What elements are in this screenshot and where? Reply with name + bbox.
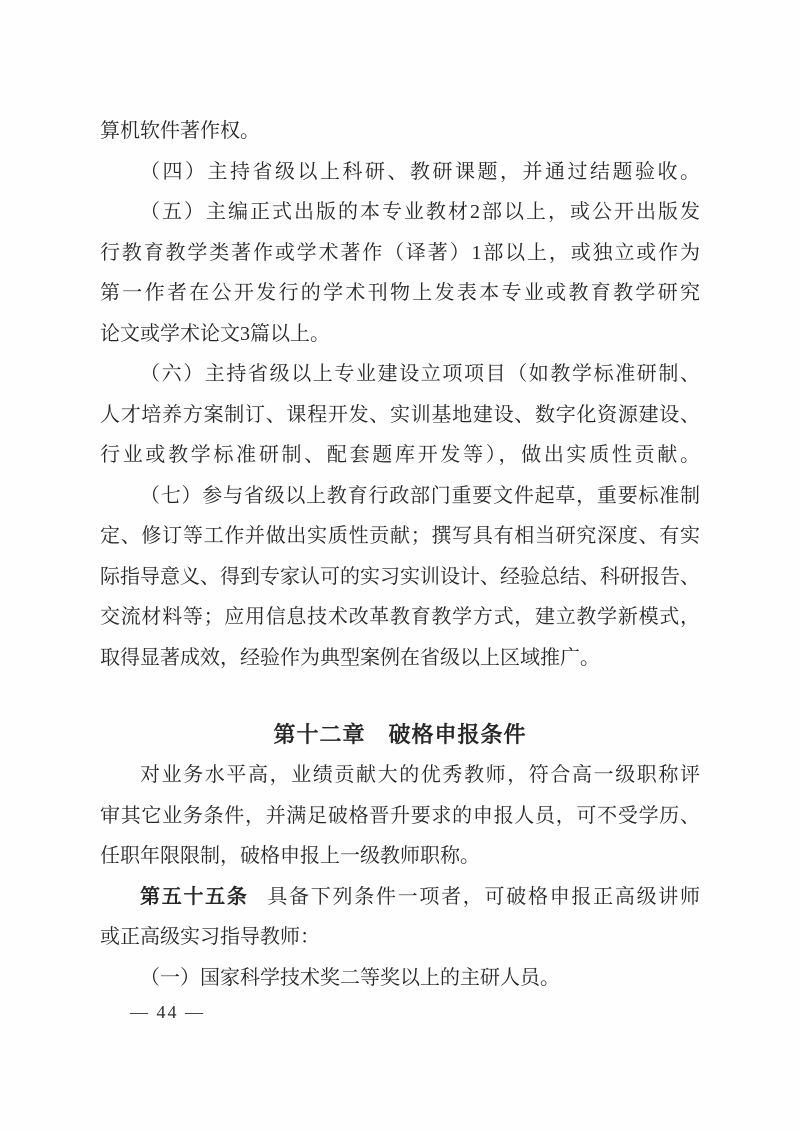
body-line: （四）主持省级以上科研、教研课题，并通过结题验收。 (100, 152, 700, 193)
article-number: 第五十五条 (140, 886, 249, 908)
body-line: 对业务水平高，业绩贡献大的优秀教师，符合高一级职称评 (100, 755, 700, 796)
body-line: 或正高级实习指导教师： (100, 917, 700, 958)
body-line: 论文或学术论文3篇以上。 (100, 314, 700, 355)
body-line: 交流材料等；应用信息技术改革教育教学方式，建立教学新模式， (100, 597, 700, 638)
body-line: 第一作者在公开发行的学术刊物上发表本专业或教育教学研究 (100, 273, 700, 314)
body-line: 人才培养方案制订、课程开发、实训基地建设、数字化资源建设、 (100, 395, 700, 436)
article-line: 第五十五条具备下列条件一项者，可破格申报正高级讲师 (100, 877, 700, 918)
body-line: （五）主编正式出版的本专业教材2部以上，或公开出版发 (100, 192, 700, 233)
document-body: 算机软件著作权。 （四）主持省级以上科研、教研课题，并通过结题验收。 （五）主编… (100, 111, 700, 998)
body-line: 际指导意义、得到专家认可的实习实训设计、经验总结、科研报告、 (100, 557, 700, 598)
body-line: 定、修订等工作并做出实质性贡献；撰写具有相当研究深度、有实 (100, 516, 700, 557)
body-line: 行教育教学类著作或学术著作（译著）1部以上，或独立或作为 (100, 233, 700, 274)
body-line: 任职年限限制，破格申报上一级教师职称。 (100, 836, 700, 877)
body-line: 审其它业务条件，并满足破格晋升要求的申报人员，可不受学历、 (100, 796, 700, 837)
chapter-heading: 第十二章 破格申报条件 (100, 715, 700, 755)
body-line: 算机软件著作权。 (100, 111, 700, 152)
page-number: — 44 — (130, 1000, 205, 1024)
article-text: 具备下列条件一项者，可破格申报正高级讲师 (266, 886, 700, 908)
body-line: （一）国家科学技术奖二等奖以上的主研人员。 (100, 958, 700, 999)
document-page: 算机软件著作权。 （四）主持省级以上科研、教研课题，并通过结题验收。 （五）主编… (0, 0, 800, 1131)
body-line: 行业或教学标准研制、配套题库开发等），做出实质性贡献。 (100, 435, 700, 476)
body-line: （六）主持省级以上专业建设立项项目（如教学标准研制、 (100, 354, 700, 395)
body-line: 取得显著成效，经验作为典型案例在省级以上区域推广。 (100, 638, 700, 679)
body-line: （七）参与省级以上教育行政部门重要文件起草，重要标准制 (100, 476, 700, 517)
